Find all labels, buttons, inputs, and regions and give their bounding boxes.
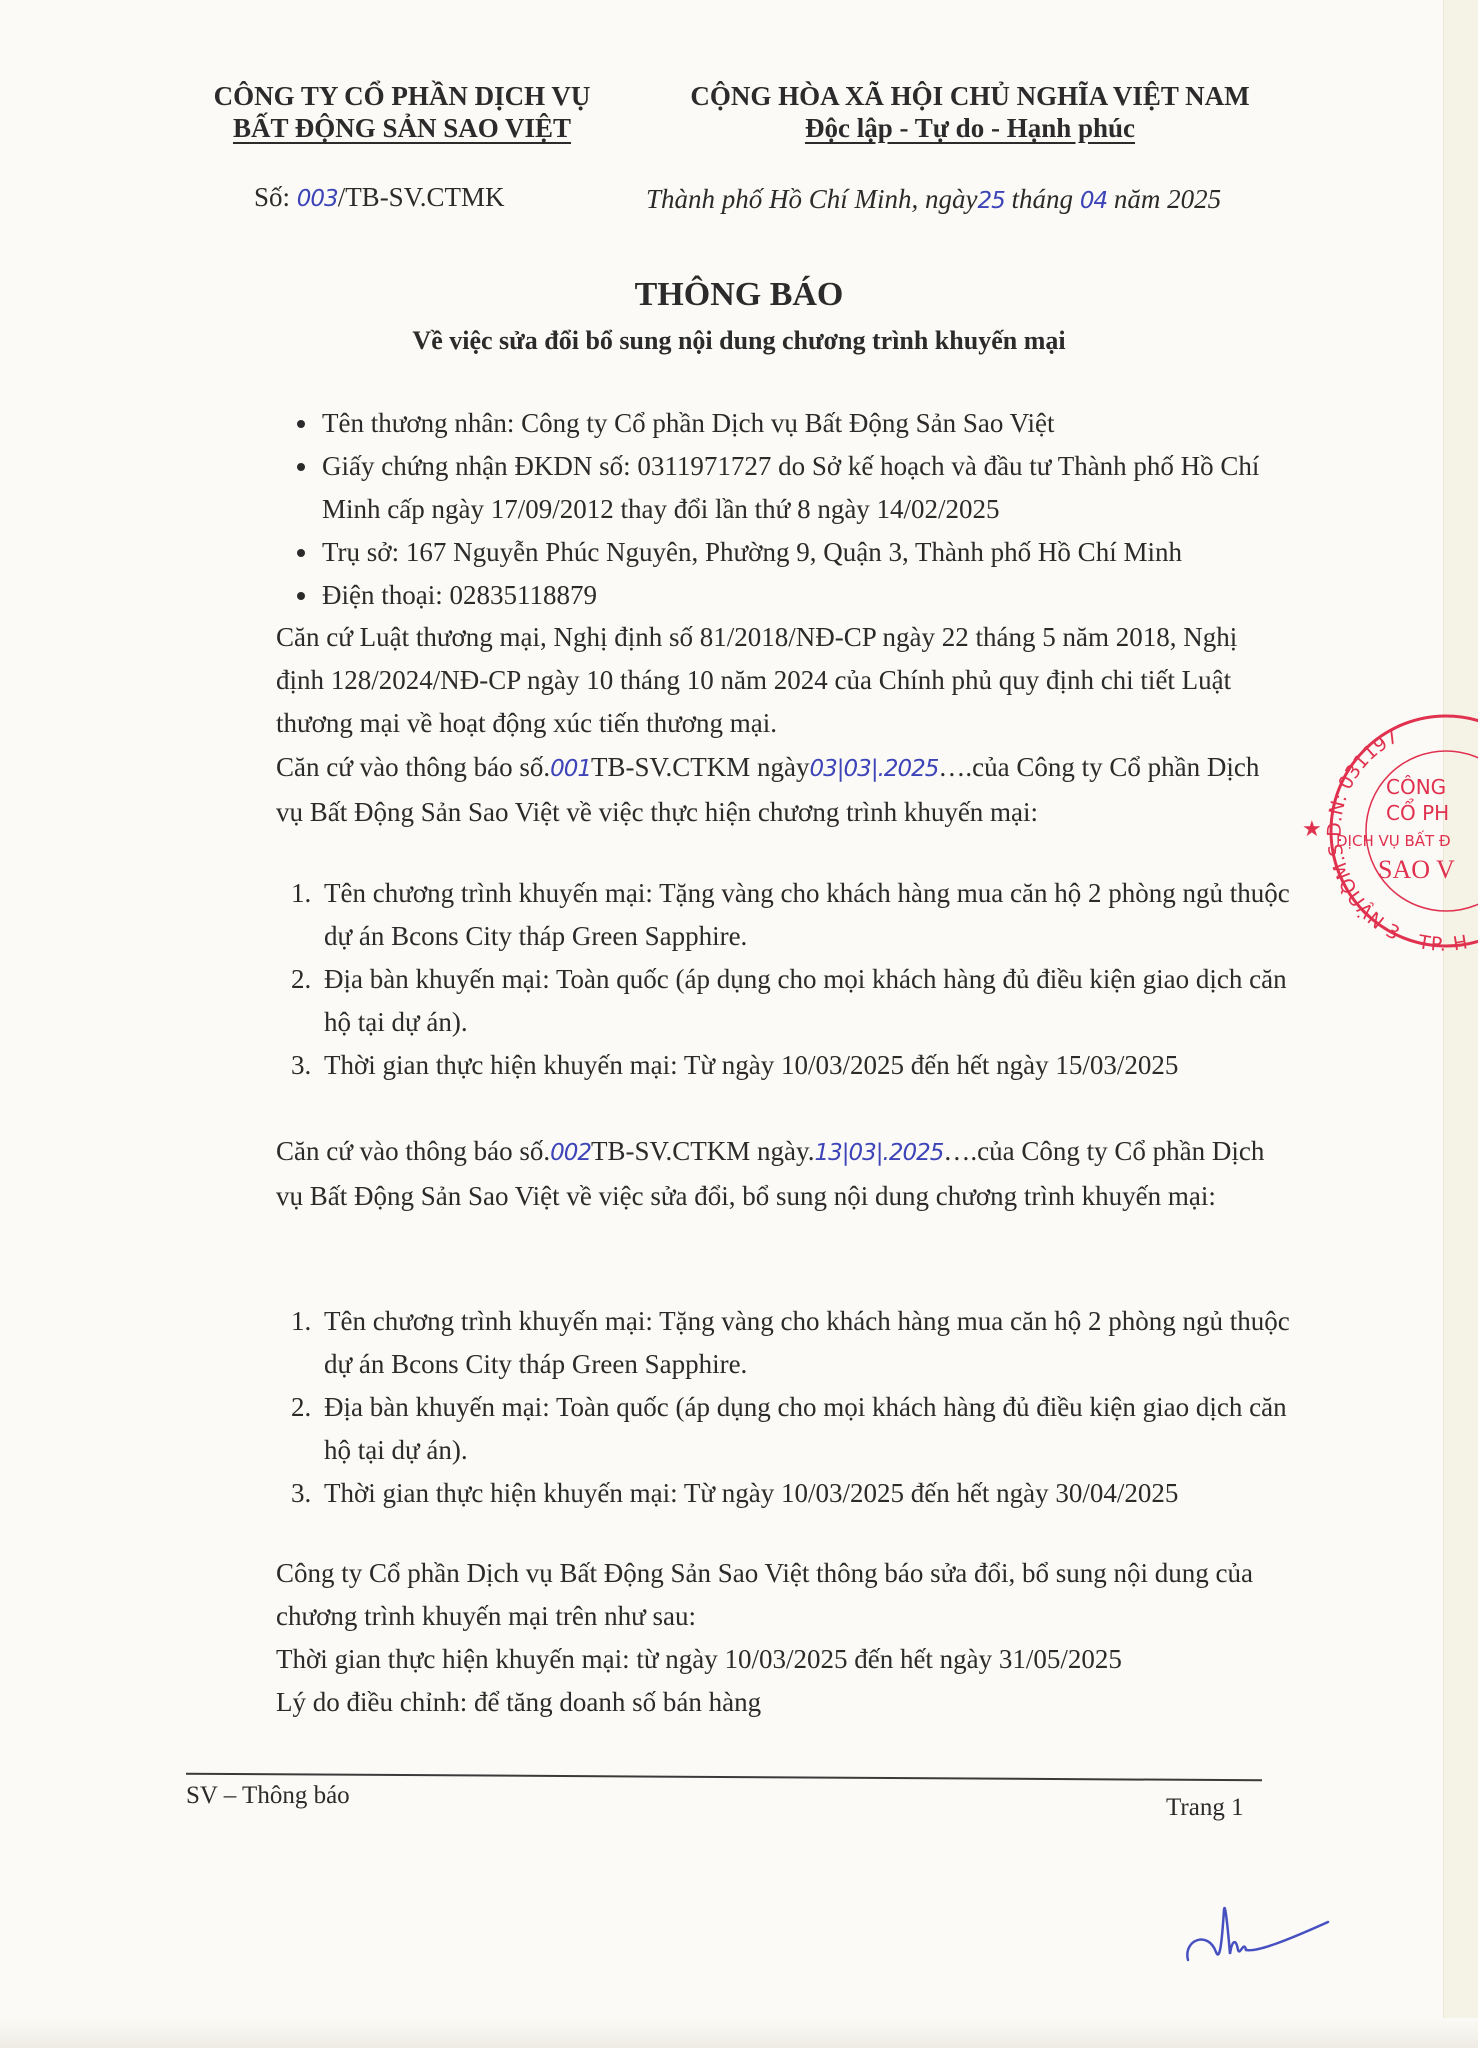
notice2-items: Tên chương trình khuyến mại: Tặng vàng c…: [278, 1300, 1308, 1515]
notice2-item: Tên chương trình khuyến mại: Tặng vàng c…: [318, 1300, 1308, 1386]
notice1-item: Thời gian thực hiện khuyến mại: Từ ngày …: [318, 1044, 1308, 1087]
amendment-new-period: Thời gian thực hiện khuyến mại: từ ngày …: [276, 1638, 1266, 1681]
handwritten-month: 04: [1080, 188, 1107, 214]
phone: Điện thoại: 02835118879: [320, 574, 1320, 617]
amendment-intro: Công ty Cổ phần Dịch vụ Bất Động Sản Sao…: [276, 1552, 1266, 1638]
merchant-name: Tên thương nhân: Công ty Cổ phần Dịch vụ…: [320, 402, 1320, 445]
legal-basis: Căn cứ Luật thương mại, Nghị định số 81/…: [276, 616, 1266, 745]
stamp-line1: CÔNG: [1386, 775, 1446, 799]
star-icon: ★: [1302, 816, 1322, 841]
handwritten-day: 25: [978, 188, 1005, 214]
national-header: CỘNG HÒA XÃ HỘI CHỦ NGHĨA VIỆT NAM Độc l…: [660, 80, 1280, 144]
company-name-line2: BẤT ĐỘNG SẢN SAO VIỆT: [212, 112, 592, 144]
company-stamp: M.S.D.N: 031197 QUẬN 3 - TP. H ★ CÔNG CỔ…: [1296, 706, 1478, 956]
svg-text:QUẬN 3 - TP. H: QUẬN 3 - TP. H: [1334, 875, 1469, 956]
stamp-line4: SAO V: [1378, 855, 1455, 884]
stamp-bottom-text: QUẬN 3 - TP. H: [1334, 875, 1469, 956]
merchant-info-list: Tên thương nhân: Công ty Cổ phần Dịch vụ…: [278, 402, 1320, 617]
initial-signature-icon: [1178, 1890, 1338, 1985]
stamp-line3: DỊCH VỤ BẤT Đ: [1336, 829, 1451, 850]
handwritten-notice2-date: 13|03|.2025: [815, 1140, 944, 1166]
handwritten-doc-number: 003: [297, 186, 338, 212]
document-subtitle: Về việc sửa đổi bổ sung nội dung chương …: [0, 326, 1478, 356]
footer-divider: [186, 1773, 1262, 1782]
paper-bottom-shadow: [0, 2018, 1478, 2048]
notice1-items: Tên chương trình khuyến mại: Tặng vàng c…: [278, 872, 1308, 1087]
company-header: CÔNG TY CỔ PHẦN DỊCH VỤ BẤT ĐỘNG SẢN SAO…: [212, 80, 592, 144]
notice1-item: Tên chương trình khuyến mại: Tặng vàng c…: [318, 872, 1308, 958]
business-registration: Giấy chứng nhận ĐKDN số: 0311971727 do S…: [320, 445, 1320, 531]
notice2-item: Thời gian thực hiện khuyến mại: Từ ngày …: [318, 1472, 1308, 1515]
notice1-item: Địa bàn khuyến mại: Toàn quốc (áp dụng c…: [318, 958, 1308, 1044]
stamp-line2: CỔ PH: [1386, 799, 1449, 825]
amendment-reason: Lý do điều chỉnh: để tăng doanh số bán h…: [276, 1681, 1266, 1724]
republic-name: CỘNG HÒA XÃ HỘI CHỦ NGHĨA VIỆT NAM: [660, 80, 1280, 112]
company-name-line1: CÔNG TY CỔ PHẦN DỊCH VỤ: [212, 80, 592, 112]
national-motto: Độc lập - Tự do - Hạnh phúc: [660, 112, 1280, 144]
document-date: Thành phố Hồ Chí Minh, ngày25 tháng 04 n…: [646, 184, 1221, 215]
head-office: Trụ sở: 167 Nguyễn Phúc Nguyên, Phường 9…: [320, 531, 1320, 574]
document-number: Số: 003/TB-SV.CTMK: [254, 182, 504, 213]
handwritten-notice1-date: 03|03|.2025: [810, 756, 939, 782]
handwritten-notice1-number: 001: [550, 756, 591, 782]
notice1-reference: Căn cứ vào thông báo số.001TB-SV.CTKM ng…: [276, 746, 1266, 834]
notice2-reference: Căn cứ vào thông báo số.002TB-SV.CTKM ng…: [276, 1130, 1266, 1218]
footer-page-number: Trang 1: [1166, 1794, 1244, 1822]
document-title: THÔNG BÁO: [0, 276, 1478, 314]
footer-doc-label: SV – Thông báo: [186, 1782, 350, 1810]
handwritten-notice2-number: 002: [550, 1140, 591, 1166]
notice2-item: Địa bàn khuyến mại: Toàn quốc (áp dụng c…: [318, 1386, 1308, 1472]
